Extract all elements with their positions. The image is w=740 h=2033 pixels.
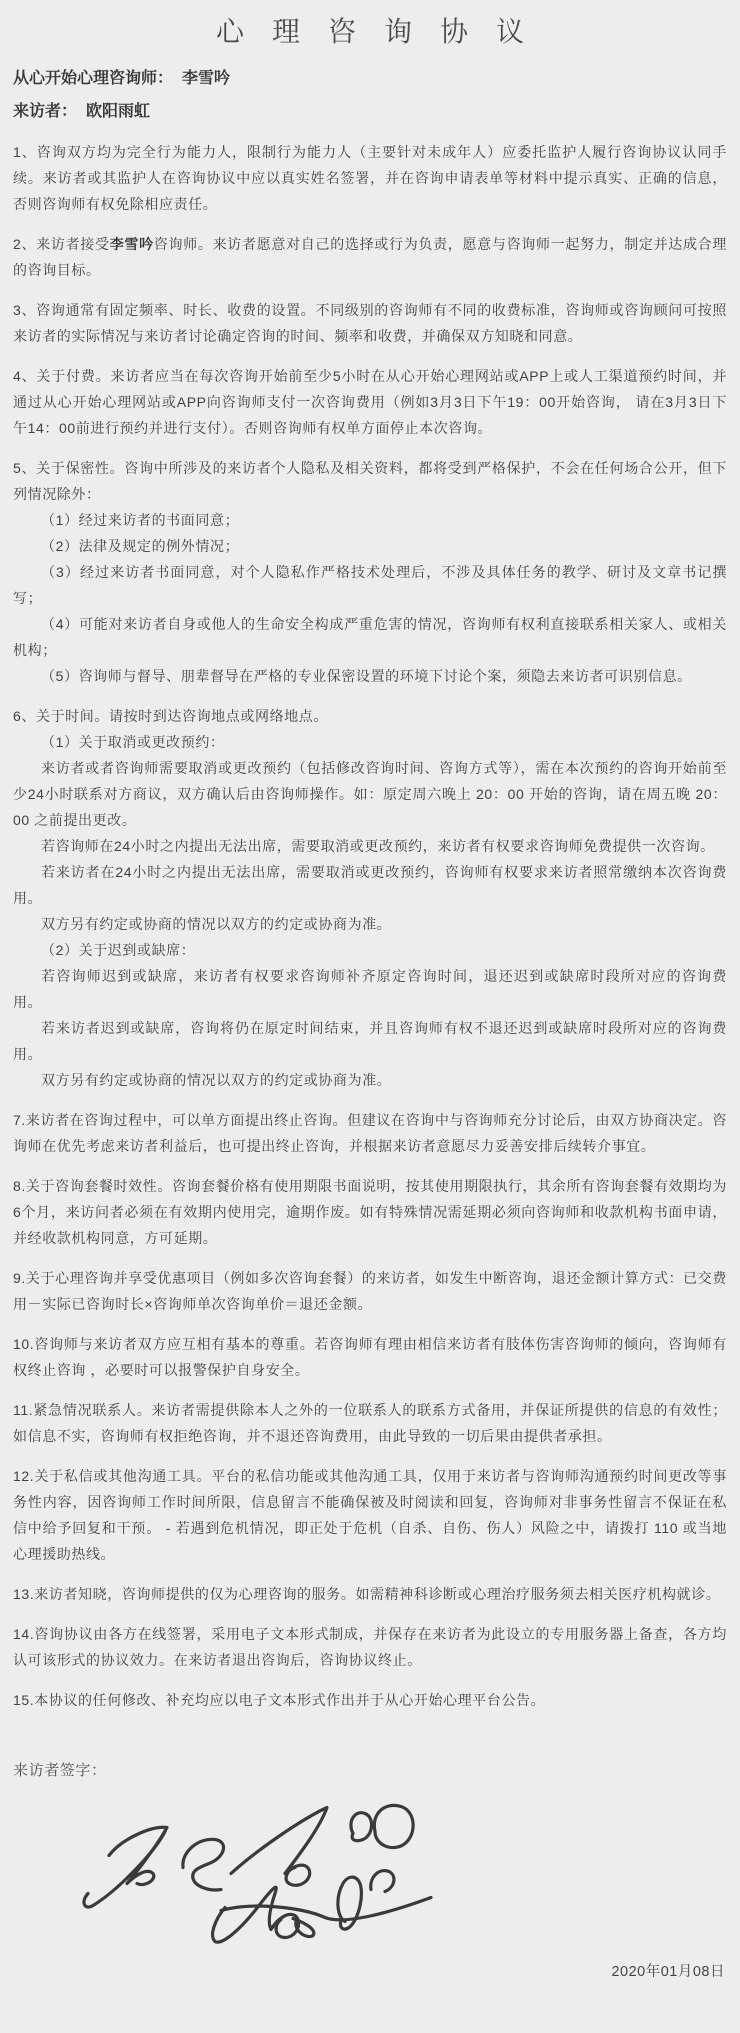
clause-text: 9.关于心理咨询并享受优惠项目（例如多次咨询套餐）的来访者，如发生中断咨询，退还… — [13, 1265, 727, 1317]
clause-5: 5、关于保密性。咨询中所涉及的来访者个人隐私及相关资料，都将受到严格保护，不会在… — [13, 455, 727, 689]
clause-12: 12.关于私信或其他沟通工具。平台的私信功能或其他沟通工具，仅用于来访者与咨询师… — [13, 1463, 727, 1567]
agreement-date: 2020年01月08日 — [13, 1960, 725, 1981]
clause-6: 6、关于时间。请按时到达咨询地点或网络地点。 （1）关于取消或更改预约： 来访者… — [13, 703, 727, 1093]
clause-4: 4、关于付费。来访者应当在每次咨询开始前至少5小时在从心开始心理网站或APP上或… — [13, 363, 727, 441]
clause-6-item-1-c: 若来访者在24小时之内提出无法出席，需要取消或更改预约，咨询师有权要求来访者照常… — [13, 859, 727, 911]
counselor-line: 从心开始心理咨询师：李雪吟 — [13, 68, 727, 90]
counselor-name: 李雪吟 — [182, 70, 230, 87]
clause-text: 13.来访者知晓，咨询师提供的仅为心理咨询的服务。如需精神科诊断或心理治疗服务须… — [13, 1581, 727, 1607]
clause-8: 8.关于咨询套餐时效性。咨询套餐价格有使用期限书面说明，按其使用期限执行，其余所… — [13, 1173, 727, 1251]
signature-label: 来访者签字： — [13, 1759, 727, 1780]
clause-text: 4、关于付费。来访者应当在每次咨询开始前至少5小时在从心开始心理网站或APP上或… — [13, 363, 727, 441]
signature-scrawl-image — [63, 1788, 443, 1956]
clause-3: 3、咨询通常有固定频率、时长、收费的设置。不同级别的咨询师有不同的收费标准，咨询… — [13, 297, 727, 349]
clause-6-item-1-a: 来访者或者咨询师需要取消或更改预约（包括修改咨询时间、咨询方式等），需在本次预约… — [13, 755, 727, 833]
clause-6-item-2-c: 双方另有约定或协商的情况以双方的约定或协商为准。 — [13, 1067, 727, 1093]
clause-text: 1、咨询双方均为完全行为能力人，限制行为能力人（主要针对未成年人）应委托监护人履… — [13, 139, 727, 217]
clause-13: 13.来访者知晓，咨询师提供的仅为心理咨询的服务。如需精神科诊断或心理治疗服务须… — [13, 1581, 727, 1607]
clause-6-item-2-a: 若咨询师迟到或缺席，来访者有权要求咨询师补齐原定咨询时间，退还迟到或缺席时段所对… — [13, 963, 727, 1015]
clause-6-item-1-d: 双方另有约定或协商的情况以双方的约定或协商为准。 — [13, 911, 727, 937]
clause-14: 14.咨询协议由各方在线签署，采用电子文本形式制成，并保存在来访者为此设立的专用… — [13, 1621, 727, 1673]
counselor-label: 从心开始心理咨询师： — [13, 70, 173, 87]
clause-2-counselor-name: 李雪吟 — [110, 236, 154, 252]
clause-6-item-2-head: （2）关于迟到或缺席： — [13, 937, 727, 963]
clauses-section: 1、咨询双方均为完全行为能力人，限制行为能力人（主要针对未成年人）应委托监护人履… — [13, 139, 727, 1713]
clause-10: 10.咨询师与来访者双方应互相有基本的尊重。若咨询师有理由相信来访者有肢体伤害咨… — [13, 1331, 727, 1383]
clause-text: 12.关于私信或其他沟通工具。平台的私信功能或其他沟通工具，仅用于来访者与咨询师… — [13, 1463, 727, 1567]
clause-1: 1、咨询双方均为完全行为能力人，限制行为能力人（主要针对未成年人）应委托监护人履… — [13, 139, 727, 217]
agreement-document: 心理咨询协议 从心开始心理咨询师：李雪吟 来访者：欧阳雨虹 1、咨询双方均为完全… — [0, 0, 740, 2033]
clause-5-item-2: （2）法律及规定的例外情况； — [13, 533, 727, 559]
page-title: 心理咨询协议 — [13, 0, 727, 68]
clause-text: 5、关于保密性。咨询中所涉及的来访者个人隐私及相关资料，都将受到严格保护，不会在… — [13, 455, 727, 507]
clause-15: 15.本协议的任何修改、补充均应以电子文本形式作出并于从心开始心理平台公告。 — [13, 1687, 727, 1713]
clause-6-item-1-b: 若咨询师在24小时之内提出无法出席，需要取消或更改预约，来访者有权要求咨询师免费… — [13, 833, 727, 859]
clause-2-prefix: 2、来访者接受 — [13, 236, 110, 252]
clause-2: 2、来访者接受李雪吟咨询师。来访者愿意对自己的选择或行为负责，愿意与咨询师一起努… — [13, 231, 727, 283]
clause-text: 6、关于时间。请按时到达咨询地点或网络地点。 — [13, 703, 727, 729]
clause-5-item-5: （5）咨询师与督导、朋辈督导在严格的专业保密设置的环境下讨论个案，须隐去来访者可… — [13, 663, 727, 689]
clause-5-item-3: （3）经过来访者书面同意，对个人隐私作严格技术处理后，不涉及具体任务的教学、研讨… — [13, 559, 727, 611]
clause-11: 11.紧急情况联系人。来访者需提供除本人之外的一位联系人的联系方式备用，并保证所… — [13, 1397, 727, 1449]
clause-text: 14.咨询协议由各方在线签署，采用电子文本形式制成，并保存在来访者为此设立的专用… — [13, 1621, 727, 1673]
clause-5-item-1: （1）经过来访者的书面同意； — [13, 507, 727, 533]
clause-text: 11.紧急情况联系人。来访者需提供除本人之外的一位联系人的联系方式备用，并保证所… — [13, 1397, 727, 1449]
clause-text: 2、来访者接受李雪吟咨询师。来访者愿意对自己的选择或行为负责，愿意与咨询师一起努… — [13, 231, 727, 283]
clause-text: 15.本协议的任何修改、补充均应以电子文本形式作出并于从心开始心理平台公告。 — [13, 1687, 727, 1713]
clause-text: 8.关于咨询套餐时效性。咨询套餐价格有使用期限书面说明，按其使用期限执行，其余所… — [13, 1173, 727, 1251]
clause-6-item-2-b: 若来访者迟到或缺席，咨询将仍在原定时间结束，并且咨询师有权不退还迟到或缺席时段所… — [13, 1015, 727, 1067]
clause-7: 7.来访者在咨询过程中，可以单方面提出终止咨询。但建议在咨询中与咨询师充分讨论后… — [13, 1107, 727, 1159]
clause-5-item-4: （4）可能对来访者自身或他人的生命安全构成严重危害的情况，咨询师有权利直接联系相… — [13, 611, 727, 663]
clause-text: 7.来访者在咨询过程中，可以单方面提出终止咨询。但建议在咨询中与咨询师充分讨论后… — [13, 1107, 727, 1159]
clause-9: 9.关于心理咨询并享受优惠项目（例如多次咨询套餐）的来访者，如发生中断咨询，退还… — [13, 1265, 727, 1317]
visitor-name: 欧阳雨虹 — [86, 103, 150, 120]
visitor-signature — [63, 1788, 443, 1956]
visitor-line: 来访者：欧阳雨虹 — [13, 101, 727, 123]
clause-text: 10.咨询师与来访者双方应互相有基本的尊重。若咨询师有理由相信来访者有肢体伤害咨… — [13, 1331, 727, 1383]
clause-6-item-1-head: （1）关于取消或更改预约： — [13, 729, 727, 755]
visitor-label: 来访者： — [13, 103, 77, 120]
clause-text: 3、咨询通常有固定频率、时长、收费的设置。不同级别的咨询师有不同的收费标准，咨询… — [13, 297, 727, 349]
